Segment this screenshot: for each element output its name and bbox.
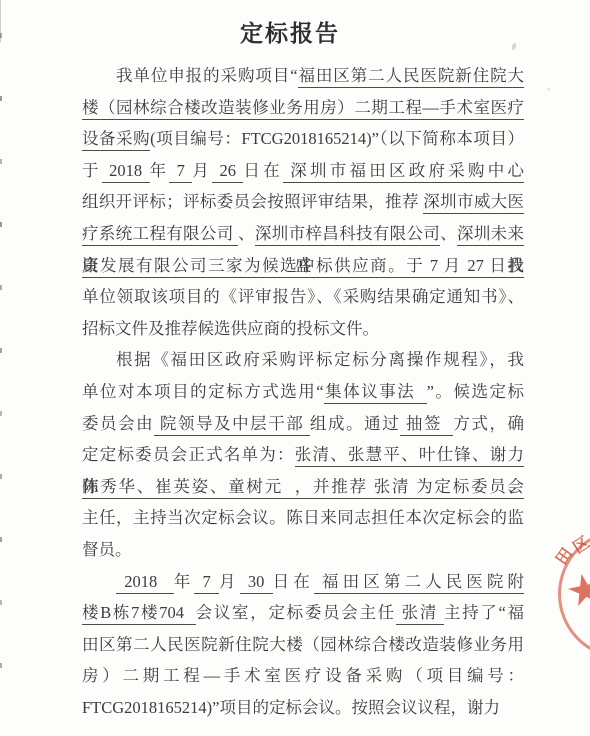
underlined-field: 深圳市梓昌科技有限公司 bbox=[255, 224, 440, 246]
text-segment: 日在 bbox=[243, 161, 283, 180]
document-title: 定标报告 bbox=[0, 15, 580, 48]
document-body: 我单位申报的采购项目“福田区第二人民医院新住院大楼（园林综合楼改造装修业务用房）… bbox=[82, 60, 524, 723]
scan-smudge-artifact bbox=[511, 43, 517, 51]
underlined-field: 7 bbox=[194, 572, 219, 594]
text-line: 单位对本项目的定标方式选用“集体议事法 ”。候选定标 bbox=[82, 376, 524, 408]
text-line: 设备采购(项目编号：FTCG2018165214)”（以下简称本项目） bbox=[82, 123, 524, 155]
text-line: 资发展有限公司三家为候选中标供应商。于 7 月 27 日我 bbox=[82, 250, 524, 282]
underlined-field: 疗系统工程有限公司 bbox=[82, 224, 238, 246]
scan-speck-artifact bbox=[0, 33, 2, 38]
text-segment: 单位领取该项目的《评审报告》、《采购结果确定通知书》、 bbox=[82, 287, 524, 306]
underlined-field: 2018 bbox=[116, 572, 174, 594]
underlined-field: 深圳市福田区政府采购中心 bbox=[283, 161, 524, 183]
text-line: 疗系统工程有限公司 、深圳市梓昌科技有限公司、深圳未来康盛投 bbox=[82, 218, 524, 250]
underlined-field: 陈秀华、崔英姿、童树元 bbox=[82, 477, 295, 499]
scan-speck-artifact bbox=[0, 348, 2, 353]
text-segment: (项目编号：FTCG2018165214)”（以下简称本项目） bbox=[150, 129, 524, 148]
underlined-field: 院领导及中层干部 bbox=[154, 414, 310, 436]
underlined-field: 设备采购 bbox=[82, 129, 150, 151]
scan-speck-artifact bbox=[0, 600, 2, 605]
underlined-field: 张清 bbox=[368, 477, 416, 499]
text-segment: 会议室，定标委员会主任 bbox=[196, 603, 396, 622]
text-segment: 、 bbox=[440, 224, 457, 243]
underlined-field: 福田区第二人民医院附 bbox=[314, 572, 524, 594]
text-segment: 年 bbox=[150, 161, 170, 180]
scan-speck-artifact bbox=[0, 474, 2, 479]
text-segment: 于 bbox=[82, 161, 102, 180]
text-line: 田区第二人民医院新住院大楼（园林综合楼改造装修业务用 bbox=[82, 629, 524, 661]
text-line: FTCG2018165214)”项目的定标会议。按照会议议程，谢力 bbox=[82, 692, 524, 724]
text-segment: 方式，确 bbox=[453, 414, 524, 433]
text-segment: 日在 bbox=[273, 572, 314, 591]
underlined-field: 楼（园林综合楼改造装修业务用房）二期工程—手术室医疗 bbox=[82, 98, 524, 120]
text-line: 陈秀华、崔英姿、童树元 ，并推荐 张清 为定标委员会 bbox=[82, 471, 524, 503]
text-line: 于 2018 年 7 月 26 日在 深圳市福田区政府采购中心 bbox=[82, 155, 524, 187]
underlined-field: 深圳市威大医 bbox=[423, 192, 524, 214]
scanned-document-page: { "title": "定标报告", "document": { "lines"… bbox=[0, 0, 590, 736]
text-segment: FTCG2018165214)”项目的定标会议。按照会议议程，谢力 bbox=[82, 698, 500, 717]
text-line: 招标文件及推荐候选供应商的投标文件。 bbox=[82, 313, 524, 345]
text-line: 单位领取该项目的《评审报告》、《采购结果确定通知书》、 bbox=[82, 281, 524, 313]
text-segment: ，并推荐 bbox=[295, 477, 368, 496]
text-segment: 招标文件及推荐候选供应商的投标文件。 bbox=[82, 319, 379, 338]
text-segment: 组成。通过 bbox=[310, 414, 400, 433]
text-line: 楼B栋7楼704 会议室，定标委员会主任 张清 主持了“福 bbox=[82, 597, 524, 629]
text-segment: 日我 bbox=[490, 256, 525, 275]
text-segment: 督员。 bbox=[82, 540, 132, 559]
text-segment: 三家为候选中标供应商。于 bbox=[208, 256, 424, 275]
underlined-field: 7 bbox=[424, 256, 444, 278]
text-line: 委员会由 院领导及中层干部 组成。通过 抽签 方式，确 bbox=[82, 408, 524, 440]
text-line: 定定标委员会正式名单为：张清、张慧平、叶仕锋、谢力伟、 bbox=[82, 439, 524, 471]
text-line: 根据《福田区政府采购评标定标分离操作规程》，我 bbox=[82, 344, 524, 376]
scan-speck-artifact bbox=[0, 96, 2, 101]
text-segment: 我单位申报的采购项目“ bbox=[116, 66, 298, 85]
text-segment: 月 bbox=[444, 256, 462, 275]
text-line: 楼（园林综合楼改造装修业务用房）二期工程—手术室医疗 bbox=[82, 92, 524, 124]
underlined-field: 27 bbox=[462, 256, 490, 278]
text-line: 房）二期工程—手术室医疗设备采购（项目编号： bbox=[82, 660, 524, 692]
scan-speck-artifact bbox=[0, 222, 2, 227]
text-segment: 、 bbox=[238, 224, 255, 243]
text-segment: 月 bbox=[219, 572, 240, 591]
scan-speck-artifact bbox=[0, 159, 2, 164]
text-segment: 委员会由 bbox=[82, 414, 154, 433]
text-segment: 组织开评标；评标委员会按照评审结果，推荐 bbox=[82, 192, 423, 211]
text-line: 我单位申报的采购项目“福田区第二人民医院新住院大 bbox=[82, 60, 524, 92]
underlined-field: 福田区第二人民医院新住院大 bbox=[298, 66, 524, 88]
underlined-field: 抽签 bbox=[400, 414, 453, 436]
scan-smudge-artifact bbox=[547, 88, 550, 91]
text-line: 督员。 bbox=[82, 534, 524, 566]
scan-speck-artifact bbox=[0, 411, 2, 416]
text-segment: 房）二期工程—手术室医疗设备采购（项目编号： bbox=[82, 666, 524, 685]
scan-speck-artifact bbox=[0, 537, 2, 542]
text-segment: 主任，主持当次定标会议。陈日来同志担任本次定标会的监 bbox=[82, 508, 524, 527]
underlined-field: 7 bbox=[169, 161, 192, 183]
text-line: 主任，主持当次定标会议。陈日来同志担任本次定标会的监 bbox=[82, 502, 524, 534]
text-segment: 为定标委员会 bbox=[416, 477, 524, 496]
text-line: 组织开评标；评标委员会按照评审结果，推荐 深圳市威大医 bbox=[82, 186, 524, 218]
underlined-field: 26 bbox=[212, 161, 243, 183]
scan-speck-artifact bbox=[0, 285, 2, 290]
underlined-field: 集体议事法 bbox=[324, 382, 427, 404]
text-segment: 年 bbox=[174, 572, 195, 591]
text-segment: 单位对本项目的定标方式选用“ bbox=[82, 382, 324, 401]
text-segment: 月 bbox=[192, 161, 212, 180]
underlined-field: 张清 bbox=[396, 603, 444, 625]
scan-speck-artifact bbox=[0, 663, 2, 668]
text-segment: ”。候选定标 bbox=[427, 382, 524, 401]
underlined-field: 资发展有限公司 bbox=[82, 256, 208, 278]
underlined-field: 30 bbox=[240, 572, 273, 594]
underlined-field: 楼B栋7楼704 bbox=[82, 603, 196, 625]
text-segment: 根据《福田区政府采购评标定标分离操作规程》，我 bbox=[116, 350, 524, 369]
text-segment: 定定标委员会正式名单为： bbox=[82, 445, 295, 464]
text-line: 2018 年 7 月 30 日在 福田区第二人民医院附 bbox=[82, 566, 524, 598]
text-segment: 主持了“福 bbox=[444, 603, 524, 622]
underlined-field: 2018 bbox=[102, 161, 150, 183]
text-segment: 田区第二人民医院新住院大楼（园林综合楼改造装修业务用 bbox=[82, 635, 524, 654]
